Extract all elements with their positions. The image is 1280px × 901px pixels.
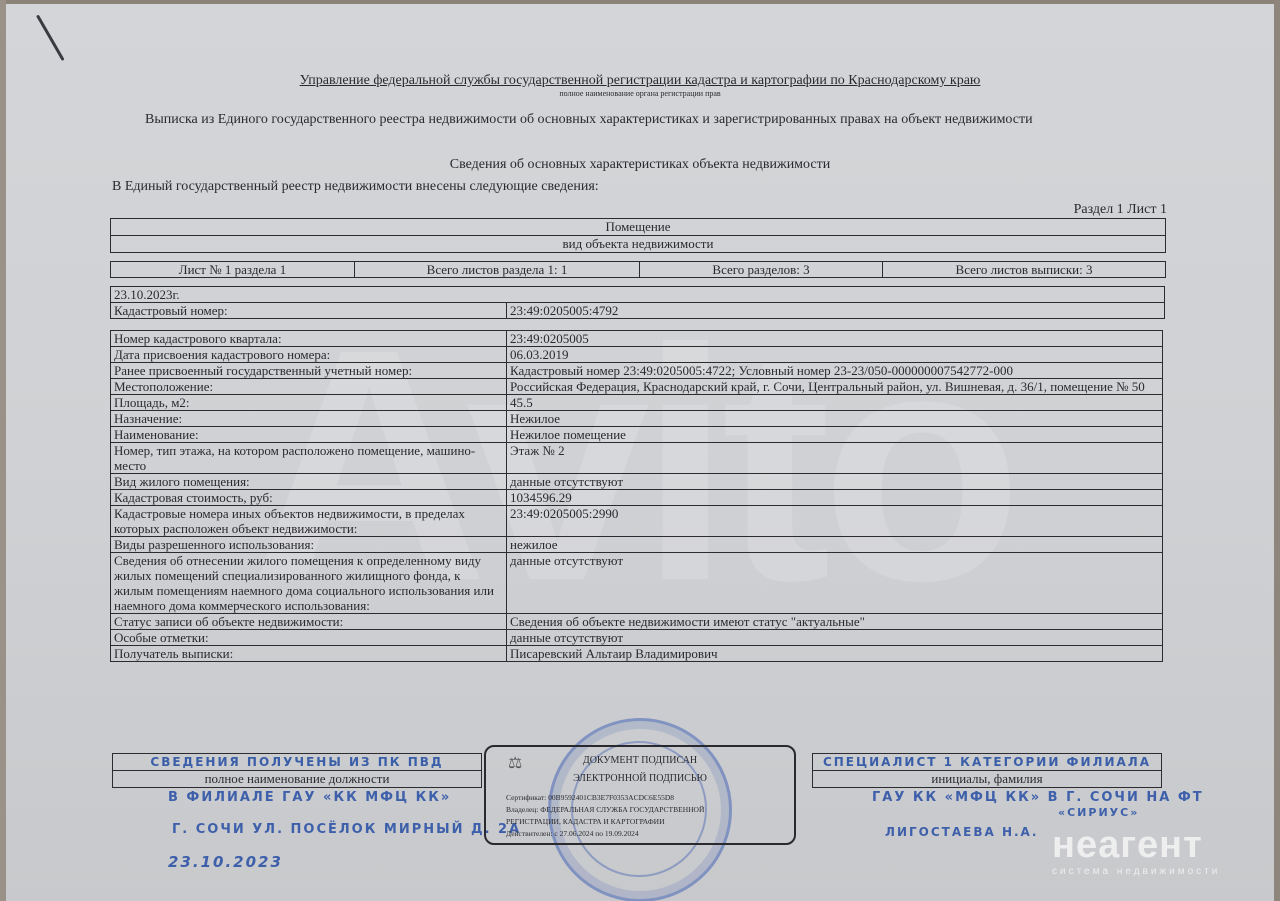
row-label: Ранее присвоенный государственный учетны… <box>111 363 507 379</box>
row-value: данные отсутствуют <box>507 474 1163 490</box>
object-kind-value: Помещение <box>111 219 1166 236</box>
row-label: Получатель выписки: <box>111 646 507 662</box>
row-value: данные отсутствуют <box>507 553 1163 614</box>
table-row: Ранее присвоенный государственный учетны… <box>111 363 1163 379</box>
specialist-branch-line2: «СИРИУС» <box>1058 806 1139 819</box>
sheets-table: Лист № 1 раздела 1 Всего листов раздела … <box>110 261 1166 278</box>
row-label: Номер, тип этажа, на котором расположено… <box>111 443 507 474</box>
row-value: 23:49:0205005:2990 <box>507 506 1163 537</box>
sections-total: Всего разделов: 3 <box>640 262 883 278</box>
row-value: 45.5 <box>507 395 1163 411</box>
table-row: Получатель выписки:Писаревский Альтаир В… <box>111 646 1163 662</box>
row-value: Писаревский Альтаир Владимирович <box>507 646 1163 662</box>
table-row: Местоположение:Российская Федерация, Кра… <box>111 379 1163 395</box>
esig-certificate: Сертификат: 00B9592401CB3E7F0353ACDC6E55… <box>506 793 674 802</box>
row-value: Нежилое помещение <box>507 427 1163 443</box>
row-value: Нежилое <box>507 411 1163 427</box>
neagent-subtitle: система недвижимости <box>1052 866 1220 877</box>
row-label: Наименование: <box>111 427 507 443</box>
row-value: 1034596.29 <box>507 490 1163 506</box>
extract-sheets-total: Всего листов выписки: 3 <box>883 262 1166 278</box>
branch-stamp-line2: Г. СОЧИ УЛ. ПОСЁЛОК МИРНЫЙ Д. 2А <box>172 822 521 837</box>
section-title: Сведения об основных характеристиках объ… <box>0 157 1280 173</box>
background-edge <box>1274 0 1280 901</box>
handwritten-date: 23.10.2023 <box>168 853 283 871</box>
row-label: Площадь, м2: <box>111 395 507 411</box>
row-value: данные отсутствуют <box>507 630 1163 646</box>
table-row: Наименование:Нежилое помещение <box>111 427 1163 443</box>
table-row: Номер кадастрового квартала:23:49:020500… <box>111 331 1163 347</box>
table-row: Кадастровая стоимость, руб:1034596.29 <box>111 490 1163 506</box>
electronic-signature-box: ⚖ ДОКУМЕНТ ПОДПИСАН ЭЛЕКТРОННОЙ ПОДПИСЬЮ… <box>484 745 796 845</box>
table-row: Особые отметки:данные отсутствуют <box>111 630 1163 646</box>
specialist-table: СПЕЦИАЛИСТ 1 КАТЕГОРИИ ФИЛИАЛА инициалы,… <box>812 753 1162 788</box>
specialist-stamp: СПЕЦИАЛИСТ 1 КАТЕГОРИИ ФИЛИАЛА <box>813 754 1162 771</box>
table-row: Вид жилого помещения:данные отсутствуют <box>111 474 1163 490</box>
table-row: Дата присвоения кадастрового номера:06.0… <box>111 347 1163 363</box>
sheet-number: Лист № 1 раздела 1 <box>111 262 355 278</box>
table-row: Кадастровые номера иных объектов недвижи… <box>111 506 1163 537</box>
row-label: Назначение: <box>111 411 507 427</box>
object-kind-table: Помещение вид объекта недвижимости <box>110 218 1166 253</box>
characteristics-table: Номер кадастрового квартала:23:49:020500… <box>110 330 1163 662</box>
cadastral-number-value: 23:49:0205005:4792 <box>507 303 1165 319</box>
row-label: Дата присвоения кадастрового номера: <box>111 347 507 363</box>
intro-text: В Единый государственный реестр недвижим… <box>112 179 599 195</box>
row-label: Вид жилого помещения: <box>111 474 507 490</box>
background-edge <box>0 0 6 901</box>
row-value: 06.03.2019 <box>507 347 1163 363</box>
row-value: Кадастровый номер 23:49:0205005:4722; Ус… <box>507 363 1163 379</box>
record-header-table: 23.10.2023г. Кадастровый номер: 23:49:02… <box>110 286 1165 319</box>
background-edge <box>0 0 1280 4</box>
esig-validity: Действителен: с 27.06.2024 по 19.09.2024 <box>506 829 639 838</box>
row-value: нежилое <box>507 537 1163 553</box>
object-kind-caption: вид объекта недвижимости <box>111 236 1166 253</box>
row-value: 23:49:0205005 <box>507 331 1163 347</box>
row-label: Номер кадастрового квартала: <box>111 331 507 347</box>
table-row: Номер, тип этажа, на котором расположено… <box>111 443 1163 474</box>
position-table: СВЕДЕНИЯ ПОЛУЧЕНЫ ИЗ ПК ПВД полное наиме… <box>112 753 482 788</box>
cadastral-number-label: Кадастровый номер: <box>111 303 507 319</box>
table-row: Виды разрешенного использования:нежилое <box>111 537 1163 553</box>
row-label: Виды разрешенного использования: <box>111 537 507 553</box>
record-date: 23.10.2023г. <box>111 287 1165 303</box>
branch-stamp-line1: В ФИЛИАЛЕ ГАУ «КК МФЦ КК» <box>168 790 451 805</box>
row-value: Российская Федерация, Краснодарский край… <box>507 379 1163 395</box>
organization-caption: полное наименование органа регистрации п… <box>0 89 1280 98</box>
row-label: Особые отметки: <box>111 630 507 646</box>
row-label: Местоположение: <box>111 379 507 395</box>
section-sheets-total: Всего листов раздела 1: 1 <box>355 262 640 278</box>
row-value: Сведения об объекте недвижимости имеют с… <box>507 614 1163 630</box>
row-label: Кадастровые номера иных объектов недвижи… <box>111 506 507 537</box>
table-row: Назначение:Нежилое <box>111 411 1163 427</box>
row-value: Этаж № 2 <box>507 443 1163 474</box>
row-label: Статус записи об объекте недвижимости: <box>111 614 507 630</box>
neagent-logo-text: неагент <box>1052 826 1220 864</box>
specialist-name: ЛИГОСТАЕВА Н.А. <box>885 825 1038 839</box>
esig-owner-line2: РЕГИСТРАЦИИ, КАДАСТРА И КАРТОГРАФИИ <box>506 817 665 826</box>
organization-name: Управление федеральной службы государств… <box>0 73 1280 89</box>
table-row: Площадь, м2:45.5 <box>111 395 1163 411</box>
extract-title: Выписка из Единого государственного реес… <box>145 112 1033 128</box>
esig-title-line1: ДОКУМЕНТ ПОДПИСАН <box>486 755 794 766</box>
row-label: Кадастровая стоимость, руб: <box>111 490 507 506</box>
neagent-watermark: неагент система недвижимости <box>1052 826 1220 877</box>
sheet-reference: Раздел 1 Лист 1 <box>1074 202 1167 218</box>
specialist-caption: инициалы, фамилия <box>813 771 1162 788</box>
specialist-branch-line1: ГАУ КК «МФЦ КК» В Г. СОЧИ НА ФТ <box>872 790 1204 805</box>
position-caption: полное наименование должности <box>113 771 482 788</box>
position-stamp: СВЕДЕНИЯ ПОЛУЧЕНЫ ИЗ ПК ПВД <box>113 754 482 771</box>
esig-title-line2: ЭЛЕКТРОННОЙ ПОДПИСЬЮ <box>486 773 794 784</box>
table-row: Сведения об отнесении жилого помещения к… <box>111 553 1163 614</box>
esig-owner-line1: Владелец: ФЕДЕРАЛЬНАЯ СЛУЖБА ГОСУДАРСТВЕ… <box>506 805 704 814</box>
table-row: Статус записи об объекте недвижимости:Св… <box>111 614 1163 630</box>
row-label: Сведения об отнесении жилого помещения к… <box>111 553 507 614</box>
